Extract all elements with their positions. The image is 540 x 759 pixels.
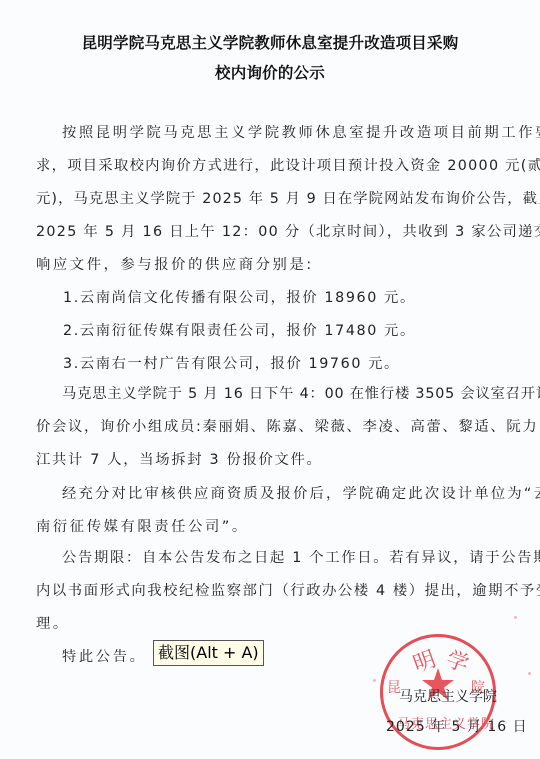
ink-speck xyxy=(528,672,531,675)
ink-speck xyxy=(373,679,376,682)
document-page: 昆明学院马克思主义学院教师休息室提升改造项目采购 校内询价的公示 按照昆明学院马… xyxy=(0,0,540,759)
supplier-item-3: 3.云南右一村广告有限公司，报价 19760 元。 xyxy=(63,353,400,373)
paragraph2-line1: 马克思主义学院于 5 月 16 日下午 4：00 在惟行楼 3505 会议室召开… xyxy=(62,383,540,403)
paragraph2-line3: 江共计 7 人，当场拆封 3 份报价文件。 xyxy=(36,449,323,469)
supplier-item-2: 2.云南衍征传媒有限责任公司，报价 17480 元。 xyxy=(63,320,416,340)
paragraph4-line2: 内以书面形式向我校纪检监察部门（行政办公楼 4 楼）提出，逾期不予受 xyxy=(36,580,540,600)
paragraph1-line1: 按照昆明学院马克思主义学院教师休息室提升改造项目前期工作要 xyxy=(62,122,540,142)
closing-text: 特此公告。 xyxy=(62,646,146,666)
document-title-line1: 昆明学院马克思主义学院教师休息室提升改造项目采购 xyxy=(0,31,540,53)
paragraph3-line1: 经充分对比审核供应商资质及报价后，学院确定此次设计单位为“云 xyxy=(62,483,540,503)
paragraph2-line2: 价会议，询价小组成员:秦丽娟、陈嘉、梁薇、李凌、高蕾、黎适、阮力 xyxy=(36,416,538,436)
signature-org: 马克思主义学院 xyxy=(399,686,497,706)
screenshot-tooltip: 截图(Alt + A) xyxy=(153,640,264,666)
paragraph1-line5: 响应文件，参与报价的供应商分别是: xyxy=(36,254,314,274)
paragraph1-line3: 元)，马克思主义学院于 2025 年 5 月 9 日在学院网站发布询价公告，截止 xyxy=(36,188,540,208)
paragraph1-line4: 2025 年 5 月 16 日上午 12：00 分（北京时间），共收到 3 家公… xyxy=(36,221,540,241)
paragraph4-line3: 理。 xyxy=(36,613,70,633)
paragraph4-line1: 公告期限：自本公告发布之日起 1 个工作日。若有异议，请于公告期 xyxy=(62,547,540,567)
paragraph1-line2: 求，项目采取校内询价方式进行，此设计项目预计投入资金 20000 元(贰万 xyxy=(36,155,540,175)
signature-date: 2025 年 5 月 16 日 xyxy=(386,716,528,736)
paragraph3-line2: 南衍征传媒有限责任公司”。 xyxy=(36,516,249,536)
ink-speck xyxy=(514,616,517,619)
supplier-item-1: 1.云南尚信文化传播有限公司，报价 18960 元。 xyxy=(63,287,416,307)
document-title-line2: 校内询价的公示 xyxy=(0,61,540,83)
